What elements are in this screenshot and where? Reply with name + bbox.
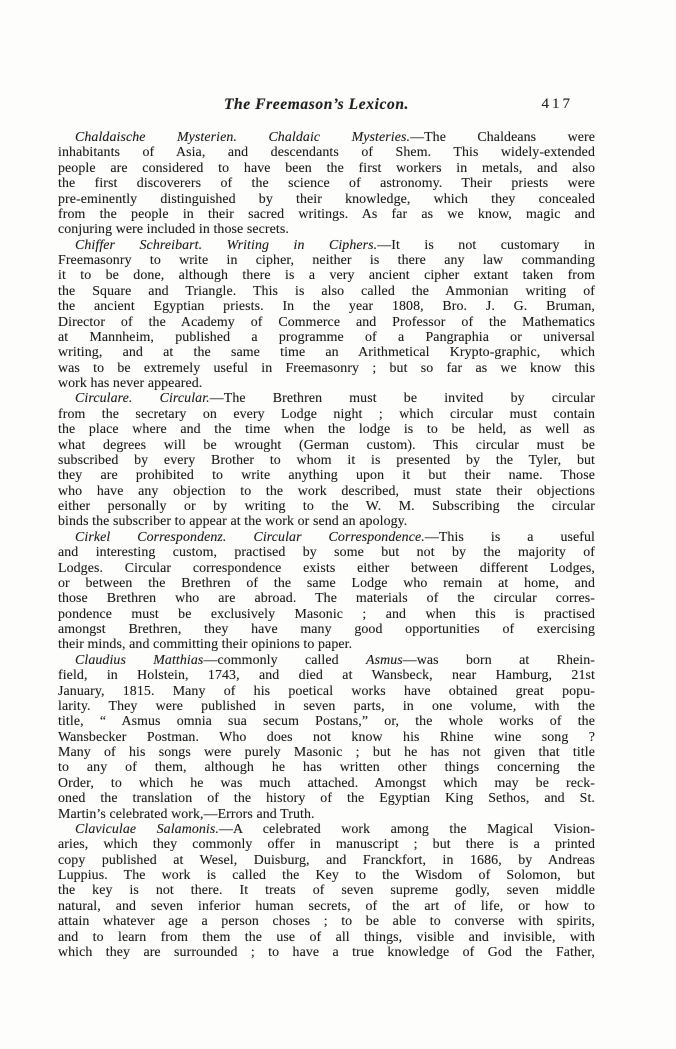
body-text-segment: the key is not there. It treats of seven… — [58, 883, 595, 898]
text-line: work has never appeared. — [58, 376, 595, 391]
text-line: inhabitants of Asia, and descendants of … — [58, 145, 595, 160]
body-text-segment: Martin’s celebrated work,—Errors and Tru… — [58, 807, 315, 822]
body-text-segment: Order, to which he was much attached. Am… — [58, 776, 595, 791]
body-text-segment: the place where and the time when the lo… — [58, 422, 595, 437]
text-line: aries, which they commonly offer in manu… — [58, 837, 595, 852]
body-text-segment: was to be extremely useful in Freemasonr… — [58, 361, 595, 376]
paragraph: Cirkel Correspondenz. Circular Correspon… — [58, 530, 595, 653]
page-number: 417 — [542, 96, 574, 113]
scanned-book-page: The Freemason’s Lexicon. 417 Chaldaische… — [0, 0, 676, 1049]
body-text-segment: from the secretary on every Lodge night … — [58, 407, 595, 422]
text-line: the key is not there. It treats of seven… — [58, 883, 595, 898]
body-text-segment: larity. They were published in seven par… — [58, 699, 595, 714]
italic-text: Circular. — [160, 391, 210, 406]
text-line: pre-eminently distinguished by their kno… — [58, 192, 595, 207]
page-title: The Freemason’s Lexicon. — [48, 96, 585, 114]
italic-text: Claviculae Salamonis. — [75, 822, 219, 837]
text-line: January, 1815. Many of his poetical work… — [58, 684, 595, 699]
paragraph: Chiffer Schreibart. Writing in Ciphers.—… — [58, 238, 595, 392]
running-header: The Freemason’s Lexicon. 417 — [58, 96, 595, 114]
body-text-segment: their minds, and committing their opinio… — [58, 637, 352, 652]
text-line: the ancient Egyptian priests. In the yea… — [58, 299, 595, 314]
body-text-segment: who have any objection to the work descr… — [58, 484, 595, 499]
body-text-segment: copy published at Wesel, Duisburg, and F… — [58, 853, 595, 868]
text-line: from the people in their sacred writings… — [58, 207, 595, 222]
italic-text: Chaldaic Mysteries. — [268, 130, 410, 145]
body-text-segment: —This is a useful — [425, 530, 595, 545]
italic-text: Circular Correspondence. — [253, 530, 424, 545]
body-text-segment: —commonly called — [203, 653, 366, 668]
text-line: those Brethren who are abroad. The mater… — [58, 591, 595, 606]
body-text-segment: —was born at Rhein- — [403, 653, 595, 668]
text-line: pondence must be exclusively Masonic ; a… — [58, 607, 595, 622]
body-text-segment — [227, 530, 254, 545]
text-line: larity. They were published in seven par… — [58, 699, 595, 714]
text-line: natural, and seven inferior human secret… — [58, 899, 595, 914]
text-line: field, in Holstein, 1743, and died at Wa… — [58, 668, 595, 683]
body-text-segment: those Brethren who are abroad. The mater… — [58, 591, 595, 606]
text-line: oned the translation of the history of t… — [58, 791, 595, 806]
italic-text: Writing in Ciphers. — [227, 238, 378, 253]
body-text-segment: Freemasonry to write in cipher, neither … — [58, 253, 595, 268]
text-line: the place where and the time when the lo… — [58, 422, 595, 437]
text-line: Chaldaische Mysterien. Chaldaic Mysterie… — [58, 130, 595, 145]
body-text-segment: or between the Brethren of the same Lodg… — [58, 576, 595, 591]
text-line: subscribed by every Brother to whom it i… — [58, 453, 595, 468]
body-text-segment: the Square and Triangle. This is also ca… — [58, 284, 595, 299]
text-line: or between the Brethren of the same Lodg… — [58, 576, 595, 591]
body-text-segment: the ancient Egyptian priests. In the yea… — [58, 299, 595, 314]
text-line: Many of his songs were purely Masonic ; … — [58, 745, 595, 760]
paragraph: Chaldaische Mysterien. Chaldaic Mysterie… — [58, 130, 595, 238]
text-line: Cirkel Correspondenz. Circular Correspon… — [58, 530, 595, 545]
text-line: Lodges. Circular correspondence exists e… — [58, 561, 595, 576]
text-line: who have any objection to the work descr… — [58, 484, 595, 499]
body-text-segment: —The Chaldeans were — [410, 130, 595, 145]
body-text-segment: natural, and seven inferior human secret… — [58, 899, 595, 914]
text-line: either personally or by writing to the W… — [58, 499, 595, 514]
italic-text: Chaldaische Mysterien. — [75, 130, 237, 145]
body-text-segment: —The Brethren must be invited by circula… — [210, 391, 595, 406]
text-line: the first discoverers of the science of … — [58, 176, 595, 191]
body-text-segment: January, 1815. Many of his poetical work… — [58, 684, 595, 699]
body-text-segment: and interesting custom, practised by som… — [58, 545, 595, 560]
body-text-segment: people are considered to have been the f… — [58, 161, 595, 176]
body-text-segment: title, “ Asmus omnia sua secum Postans,”… — [58, 714, 595, 729]
text-line: at Mannheim, published a programme of a … — [58, 330, 595, 345]
body-text-segment: conjuring were included in those secrets… — [58, 222, 289, 237]
body-text-segment: Lodges. Circular correspondence exists e… — [58, 561, 595, 576]
body-text-segment: —It is not customary in — [377, 238, 595, 253]
text-line: amongst Brethren, they have many good op… — [58, 622, 595, 637]
text-line: Director of the Academy of Commerce and … — [58, 315, 595, 330]
body-text-segment: either personally or by writing to the W… — [58, 499, 595, 514]
text-line: Chiffer Schreibart. Writing in Ciphers.—… — [58, 238, 595, 253]
text-line: from the secretary on every Lodge night … — [58, 407, 595, 422]
text-line: Martin’s celebrated work,—Errors and Tru… — [58, 807, 595, 822]
paragraph: Claviculae Salamonis.—A celebrated work … — [58, 822, 595, 960]
body-text-segment: —A celebrated work among the Magical Vis… — [219, 822, 595, 837]
body-text-segment: the first discoverers of the science of … — [58, 176, 595, 191]
body-text-segment — [202, 238, 226, 253]
text-line: was to be extremely useful in Freemasonr… — [58, 361, 595, 376]
body-text-segment: to any of them, although he has written … — [58, 760, 595, 775]
body-text-segment: attain whatever age a person choses ; to… — [58, 914, 595, 929]
italic-text: Chiffer Schreibart. — [75, 238, 202, 253]
body-text-segment: from the people in their sacred writings… — [58, 207, 595, 222]
text-line: the Square and Triangle. This is also ca… — [58, 284, 595, 299]
body-text-segment: inhabitants of Asia, and descendants of … — [58, 145, 595, 160]
body-text-segment: Director of the Academy of Commerce and … — [58, 315, 595, 330]
text-line: people are considered to have been the f… — [58, 161, 595, 176]
text-line: conjuring were included in those secrets… — [58, 222, 595, 237]
text-line: Circulare. Circular.—The Brethren must b… — [58, 391, 595, 406]
text-line: title, “ Asmus omnia sua secum Postans,”… — [58, 714, 595, 729]
text-line: and interesting custom, practised by som… — [58, 545, 595, 560]
body-text-segment: which they are surrounded ; to have a tr… — [58, 945, 595, 960]
italic-text: Cirkel Correspondenz. — [75, 530, 227, 545]
body-text-segment: pondence must be exclusively Masonic ; a… — [58, 607, 595, 622]
text-line: copy published at Wesel, Duisburg, and F… — [58, 853, 595, 868]
body-text-segment: what degrees will be wrought (German cus… — [58, 438, 595, 453]
text-line: binds the subscriber to appear at the wo… — [58, 514, 595, 529]
body-text-segment: field, in Holstein, 1743, and died at Wa… — [58, 668, 595, 683]
text-line: their minds, and committing their opinio… — [58, 637, 595, 652]
body-text-segment: pre-eminently distinguished by their kno… — [58, 192, 595, 207]
body-text-segment: and to learn from them the use of all th… — [58, 930, 595, 945]
text-line: Claudius Matthias—commonly called Asmus—… — [58, 653, 595, 668]
text-line: Freemasonry to write in cipher, neither … — [58, 253, 595, 268]
body-text-segment: subscribed by every Brother to whom it i… — [58, 453, 595, 468]
body-text-segment: at Mannheim, published a programme of a … — [58, 330, 595, 345]
text-line: Claviculae Salamonis.—A celebrated work … — [58, 822, 595, 837]
body-text-segment: amongst Brethren, they have many good op… — [58, 622, 595, 637]
body-text-segment: Wansbecker Postman. Who does not know hi… — [58, 730, 595, 745]
body-text-segment: oned the translation of the history of t… — [58, 791, 595, 806]
text-line: it to be done, although there is a very … — [58, 268, 595, 283]
paragraph: Circulare. Circular.—The Brethren must b… — [58, 391, 595, 529]
text-line: Luppius. The work is called the Key to t… — [58, 868, 595, 883]
text-line: and to learn from them the use of all th… — [58, 930, 595, 945]
text-line: what degrees will be wrought (German cus… — [58, 438, 595, 453]
body-text-segment: writing, and at the same time an Arithme… — [58, 345, 595, 360]
text-line: which they are surrounded ; to have a tr… — [58, 945, 595, 960]
paragraph: Claudius Matthias—commonly called Asmus—… — [58, 653, 595, 822]
body-text-segment: aries, which they commonly offer in manu… — [58, 837, 595, 852]
text-line: they are prohibited to write anything up… — [58, 468, 595, 483]
text-line: writing, and at the same time an Arithme… — [58, 345, 595, 360]
body-text-segment: Luppius. The work is called the Key to t… — [58, 868, 595, 883]
italic-text: Circulare. — [75, 391, 132, 406]
body-text-segment: binds the subscriber to appear at the wo… — [58, 514, 407, 529]
text-line: attain whatever age a person choses ; to… — [58, 914, 595, 929]
body-text-segment — [132, 391, 159, 406]
body-text-segment: Many of his songs were purely Masonic ; … — [58, 745, 595, 760]
text-line: Order, to which he was much attached. Am… — [58, 776, 595, 791]
body-text-segment — [237, 130, 268, 145]
text-line: to any of them, although he has written … — [58, 760, 595, 775]
page-body: Chaldaische Mysterien. Chaldaic Mysterie… — [58, 130, 595, 960]
italic-text: Claudius Matthias — [75, 653, 203, 668]
italic-text: Asmus — [366, 653, 403, 668]
body-text-segment: work has never appeared. — [58, 376, 202, 391]
body-text-segment: they are prohibited to write anything up… — [58, 468, 595, 483]
body-text-segment: it to be done, although there is a very … — [58, 268, 595, 283]
text-line: Wansbecker Postman. Who does not know hi… — [58, 730, 595, 745]
